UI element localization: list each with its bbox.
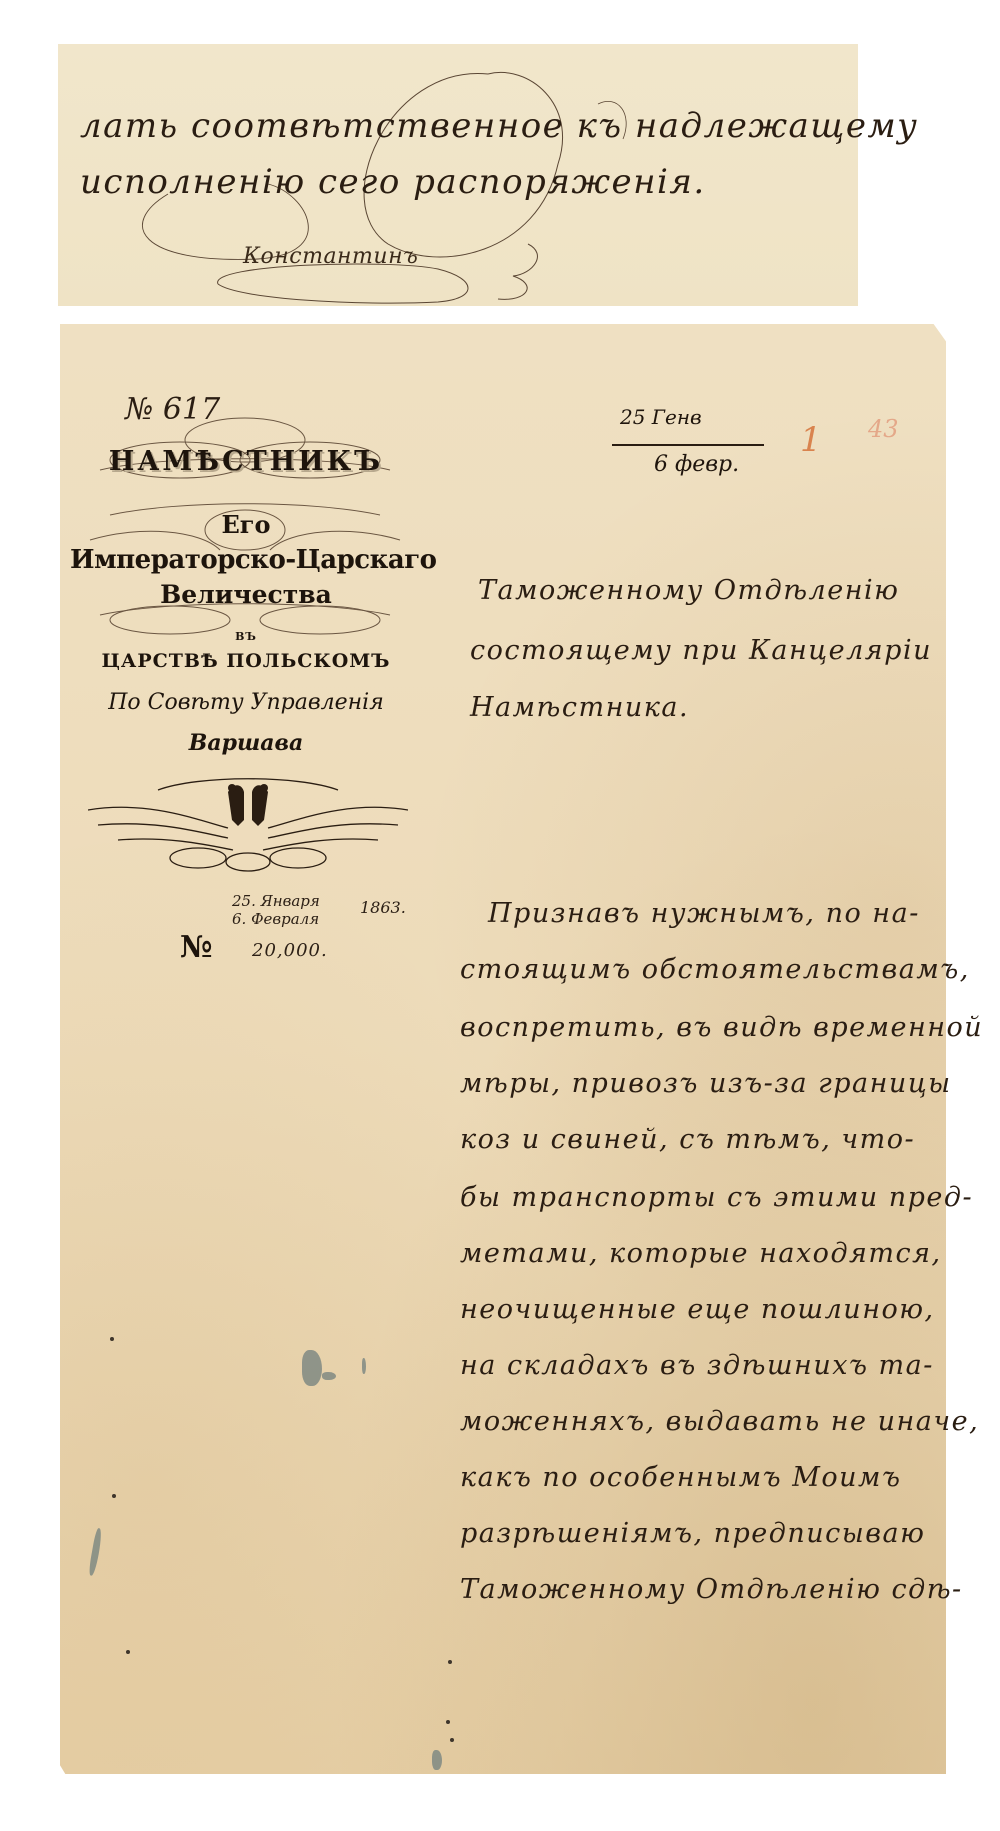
- registration-date-top: 25 Генв: [620, 405, 702, 429]
- letterhead-kingdom: ЦАРСТВѢ ПОЛЬСКОМЪ: [70, 650, 422, 672]
- signature: Константинъ: [243, 244, 418, 269]
- body-line-12: разрѣшеніямъ, предписываю: [460, 1518, 925, 1549]
- letterhead-council: По Совѣту Управленія: [70, 690, 422, 715]
- body-line-1: Признавъ нужнымъ, по на-: [488, 898, 920, 929]
- paper-damage: [322, 1372, 336, 1380]
- outgoing-number: 20,000.: [252, 940, 328, 961]
- red-pencil-folio: 43: [868, 415, 899, 443]
- body-line-11: какъ по особеннымъ Моимъ: [460, 1462, 901, 1493]
- closing-line-1: лать соотвѣтственное къ надлежащему: [80, 106, 918, 146]
- body-line-13: Таможенному Отдѣленію сдѣ-: [460, 1574, 963, 1605]
- body-line-9: на складахъ въ здѣшнихъ та-: [460, 1350, 934, 1381]
- letterhead-majesty: Величества: [96, 580, 396, 609]
- body-line-6: бы транспорты съ этими пред-: [460, 1182, 973, 1213]
- letterhead-v: ВЪ: [96, 630, 396, 643]
- body-line-4: мѣры, привозъ изъ-за границы: [460, 1068, 952, 1099]
- date-gregorian: 6. Февраля: [232, 910, 319, 928]
- paper-damage: [432, 1750, 442, 1770]
- body-line-2: стоящимъ обстоятельствамъ,: [460, 954, 970, 985]
- address-line-3: Намѣстника.: [470, 692, 689, 723]
- document-number: № 617: [125, 392, 220, 427]
- registration-date-bottom: 6 февр.: [654, 452, 739, 477]
- paper-spot: [110, 1337, 114, 1341]
- address-line-2: состоящему при Канцеляріи: [470, 635, 932, 666]
- date-julian: 25. Января: [232, 892, 320, 910]
- closing-line-2: исполненію сего распоряженія.: [80, 162, 706, 202]
- body-line-5: коз и свиней, съ тѣмъ, что-: [460, 1124, 915, 1155]
- body-line-8: неочищенные еще пошлиною,: [460, 1294, 935, 1325]
- letterhead-city: Варшава: [96, 730, 396, 756]
- letterhead-ego: Его: [96, 510, 396, 539]
- paper-damage: [302, 1350, 322, 1386]
- outgoing-number-symbol: №: [180, 930, 213, 965]
- paper-spot: [112, 1494, 116, 1498]
- paper-spot: [446, 1720, 450, 1724]
- body-line-7: метами, которые находятся,: [460, 1238, 942, 1269]
- date-year: 1863.: [360, 898, 406, 917]
- letterhead-title: НАМѢСТНИКЪ: [96, 446, 396, 477]
- closing-snippet: лать соотвѣтственное къ надлежащему испо…: [58, 44, 858, 306]
- paper-spot: [450, 1738, 454, 1742]
- paper-damage: [362, 1358, 366, 1374]
- document-sheet: [60, 324, 946, 1774]
- paper-spot: [126, 1650, 130, 1654]
- letterhead-imperial: Императорско-Царскаго: [70, 545, 422, 575]
- body-line-10: моженняхъ, выдавать не иначе,: [460, 1406, 979, 1437]
- paper-spot: [448, 1660, 452, 1664]
- body-line-3: воспретить, въ видѣ временной: [460, 1012, 983, 1043]
- address-line-1: Таможенному Отдѣленію: [478, 575, 899, 606]
- registration-divider: [612, 444, 764, 446]
- red-pencil-mark: 1: [800, 420, 822, 460]
